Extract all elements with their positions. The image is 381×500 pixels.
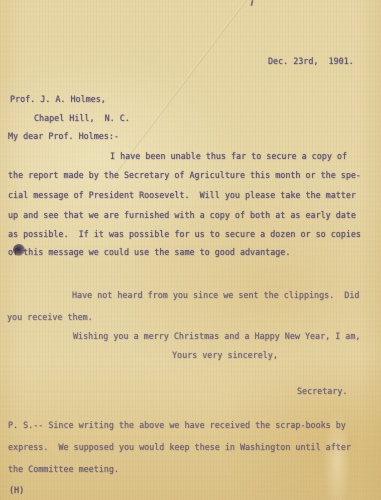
ink-blot	[13, 244, 25, 256]
pencil-mark	[250, 0, 253, 6]
postscript-line2: express. We supposed you would keep thes…	[8, 441, 351, 453]
closing-line2: Yours very sincerely,	[172, 349, 278, 361]
body-paragraph1-line5: as possible. If it was possible for us t…	[8, 228, 361, 240]
body-paragraph1-line6: of this message we could use the same to…	[8, 246, 290, 258]
letter-page: Dec. 23rd, 1901. Prof. J. A. Holmes, Cha…	[0, 0, 381, 500]
body-paragraph2-line1: Have not heard from you since we sent th…	[72, 289, 359, 301]
salutation: My dear Prof. Holmes:-	[8, 130, 119, 142]
typist-initials: (H)	[9, 484, 24, 496]
body-paragraph1-line3: cial message of President Roosevelt. Wil…	[8, 189, 356, 201]
date-line: Dec. 23rd, 1901.	[268, 55, 354, 67]
signature-line: Secretary.	[297, 385, 347, 397]
recipient-name: Prof. J. A. Holmes,	[10, 93, 106, 105]
recipient-city: Chapel Hill, N. C.	[34, 112, 130, 124]
postscript-line1: P. S.-- Since writing the above we have …	[8, 419, 346, 431]
body-paragraph1-line1: I have been unable thus far to secure a …	[110, 150, 347, 162]
body-paragraph2-line2: you receive them.	[7, 311, 93, 323]
closing-line1: Wishing you a merry Christmas and a Happ…	[73, 330, 360, 342]
body-paragraph1-line2: the report made by the Secretary of Agri…	[8, 169, 361, 181]
postscript-line3: the Committee meeting.	[8, 463, 119, 475]
body-paragraph1-line4: up and see that we are furnished with a …	[8, 209, 356, 221]
